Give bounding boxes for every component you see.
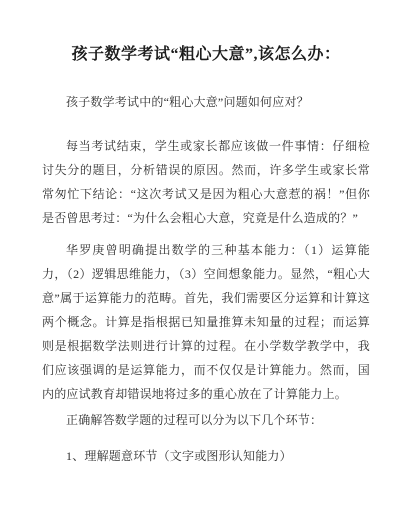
document-page: 孩子数学考试“粗心大意”,该怎么办： 孩子数学考试中的“粗心大意”问题如何应对？…: [0, 0, 400, 517]
paragraph-opening-question: 孩子数学考试中的“粗心大意”问题如何应对？: [42, 90, 370, 114]
paragraph-hua-luogeng-abilities: 华罗庚曾明确提出数学的三种基本能力：（1）运算能力，（2）逻辑思维能力，（3）空…: [42, 238, 370, 406]
paragraph-exam-review: 每当考试结束，学生或家长都应该做一件事情：仔细检讨失分的题目，分析错误的原因。然…: [42, 134, 370, 230]
document-title: 孩子数学考试“粗心大意”,该怎么办：: [42, 44, 370, 66]
list-item-step-1: 1、理解题意环节（文字或图形认知能力）: [42, 444, 370, 468]
paragraph-solving-steps-intro: 正确解答数学题的过程可以分为以下几个环节：: [42, 408, 370, 432]
